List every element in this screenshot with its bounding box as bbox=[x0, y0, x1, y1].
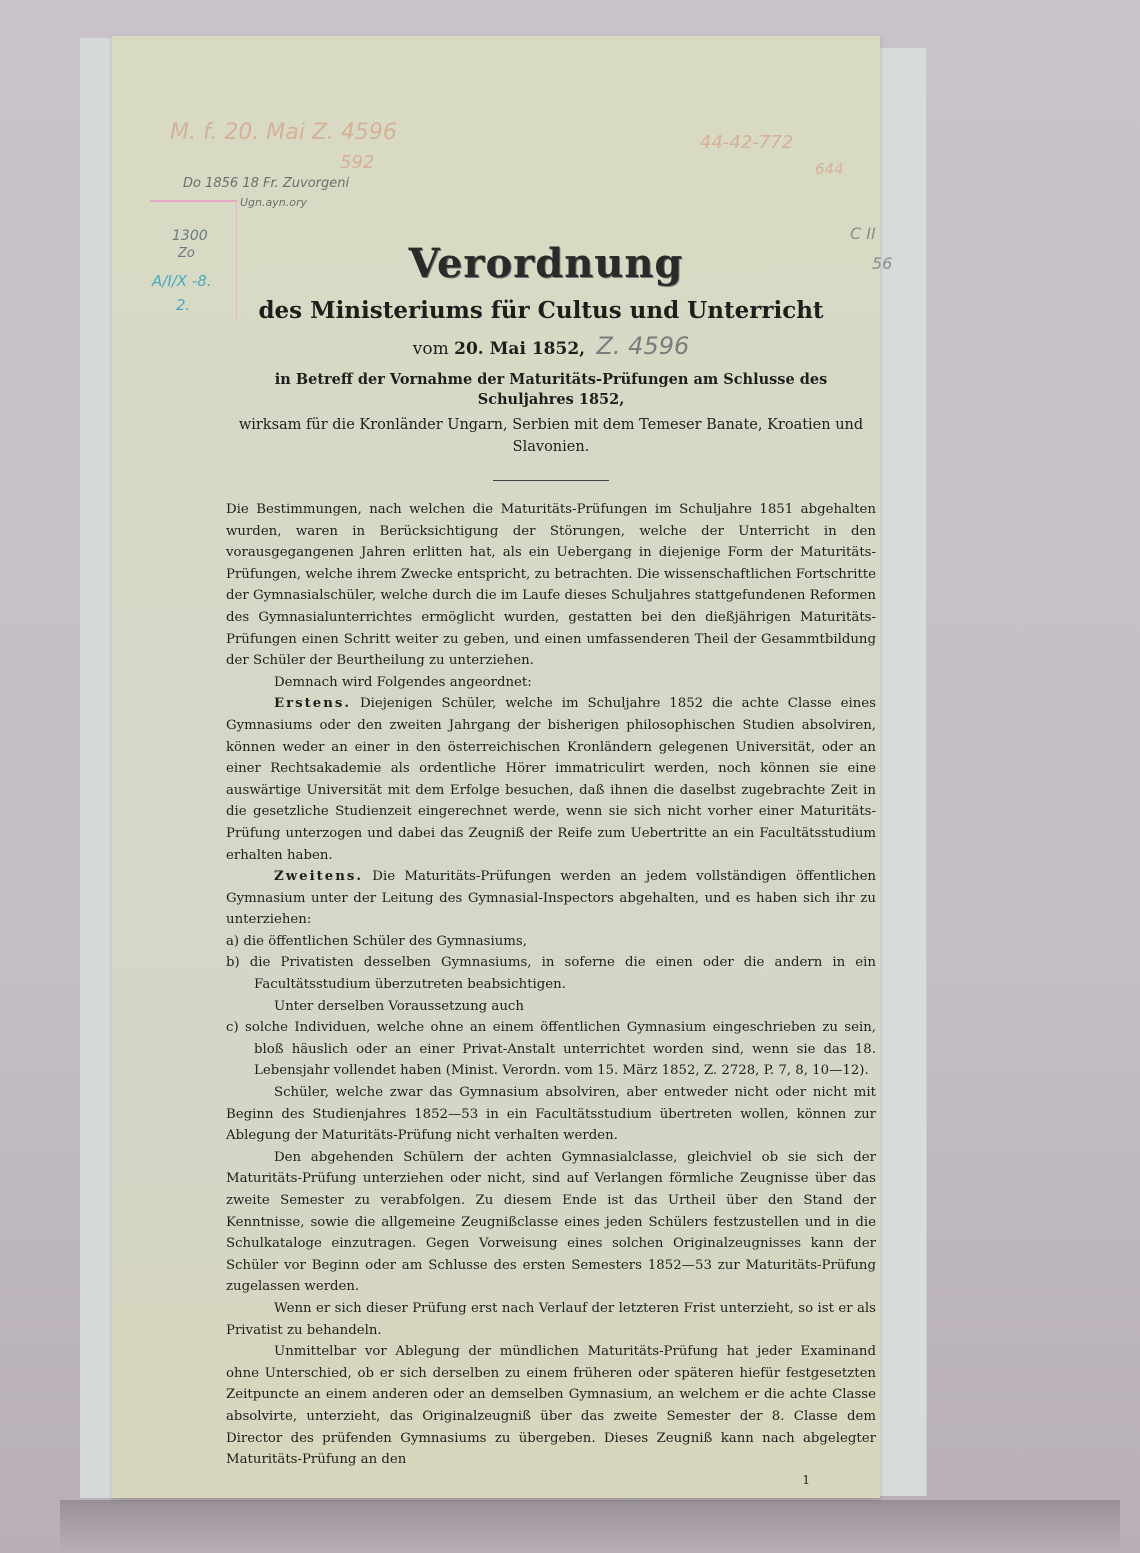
list-item-b: b) die Privatisten desselben Gymnasiums,… bbox=[226, 952, 876, 995]
paragraph-deadline: Wenn er sich dieser Prüfung erst nach Ve… bbox=[226, 1298, 876, 1341]
effective-regions: wirksam für die Kronländer Ungarn, Serbi… bbox=[226, 414, 876, 458]
page-number: 1 bbox=[226, 1473, 810, 1487]
red-archive-note-right-sub: 644 bbox=[815, 160, 844, 178]
paragraph-condition: Unter derselben Voraussetzung auch bbox=[226, 996, 876, 1018]
call-number-4: 2. bbox=[176, 296, 190, 314]
paragraph-lead: Die Bestimmungen, nach welchen die Matur… bbox=[226, 499, 876, 672]
date-prefix: vom bbox=[413, 339, 449, 359]
date-line: vom 20. Mai 1852, Z. 4596 bbox=[226, 332, 876, 360]
handwritten-reference: Z. 4596 bbox=[596, 332, 689, 360]
document-title: Verordnung bbox=[216, 240, 876, 287]
call-number-1: 1300 bbox=[172, 228, 208, 244]
paragraph-certificates: Den abgehenden Schülern der achten Gymna… bbox=[226, 1147, 876, 1298]
red-archive-note: M. f. 20. Mai Z. 4596 bbox=[170, 120, 397, 145]
red-archive-note-sub: 592 bbox=[340, 152, 374, 173]
backing-sheet-left-edge bbox=[80, 38, 115, 1498]
document-body: Die Bestimmungen, nach welchen die Matur… bbox=[226, 499, 876, 1487]
document-subtitle: des Ministeriums für Cultus und Unterric… bbox=[206, 297, 876, 324]
list-item-a: a) die öffentlichen Schüler des Gymnasiu… bbox=[226, 931, 876, 953]
section-label-first: Erstens. bbox=[274, 696, 351, 711]
paragraph-oral-exam: Unmittelbar vor Ablegung der mündlichen … bbox=[226, 1341, 876, 1471]
regarding-line: in Betreff der Vornahme der Maturitäts-P… bbox=[226, 370, 876, 410]
document-content: Verordnung des Ministeriums für Cultus u… bbox=[226, 240, 876, 1487]
paragraph-second: Zweitens. Die Maturitäts-Prüfungen werde… bbox=[226, 866, 876, 931]
date-value: 20. Mai 1852, bbox=[454, 339, 585, 359]
paragraph-order: Demnach wird Folgendes angeordnet: bbox=[226, 672, 876, 694]
call-number-3: A/I/X -8. bbox=[152, 272, 212, 290]
call-number-2: Zo bbox=[178, 246, 195, 261]
red-archive-note-right: 44-42-772 bbox=[700, 132, 793, 153]
pencil-note-line2: Ugn.ayn.ory bbox=[240, 196, 307, 209]
paragraph-students: Schüler, welche zwar das Gymnasium absol… bbox=[226, 1082, 876, 1147]
list-item-c: c) solche Individuen, welche ohne an ein… bbox=[226, 1017, 876, 1082]
divider-rule bbox=[493, 480, 609, 481]
table-shadow bbox=[60, 1500, 1120, 1553]
paragraph-first: Erstens. Diejenigen Schüler, welche im S… bbox=[226, 693, 876, 866]
pencil-note-line1: Do 1856 18 Fr. Zuvorgeni bbox=[183, 176, 349, 191]
section-label-second: Zweitens. bbox=[274, 869, 363, 884]
